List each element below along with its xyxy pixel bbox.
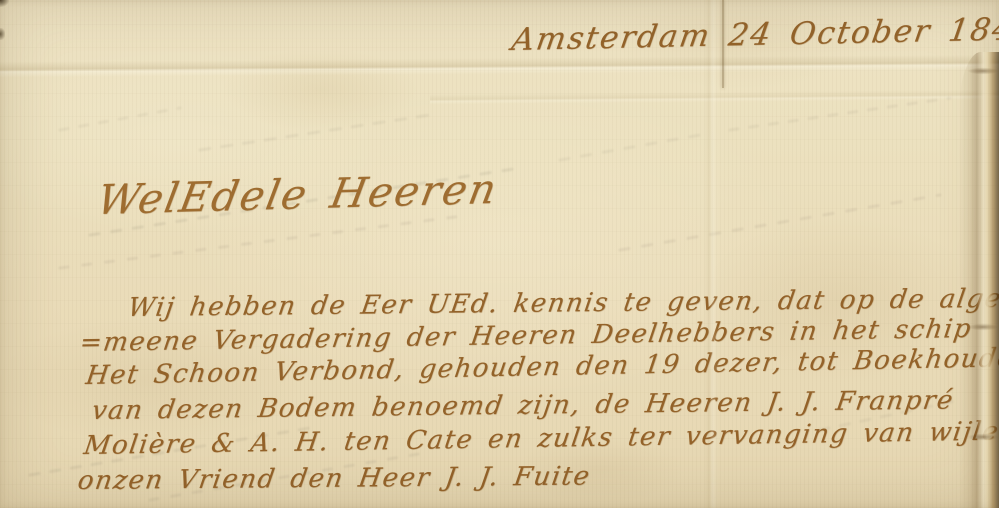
corner-dark-spot — [0, 0, 9, 7]
curl-crease-notch — [959, 322, 999, 332]
vertical-fold-crease — [704, 0, 718, 508]
curl-crease-notch — [959, 66, 999, 76]
letter-scan: Amsterdam 24 October 1843 WelEdele Heere… — [0, 0, 999, 508]
vertical-fold-crease-top — [722, 0, 724, 88]
left-edge-dark-spot — [0, 28, 5, 40]
body-line: onzen Vriend den Heer J. J. Fuite — [76, 462, 593, 497]
curl-crease-notch — [959, 432, 999, 442]
